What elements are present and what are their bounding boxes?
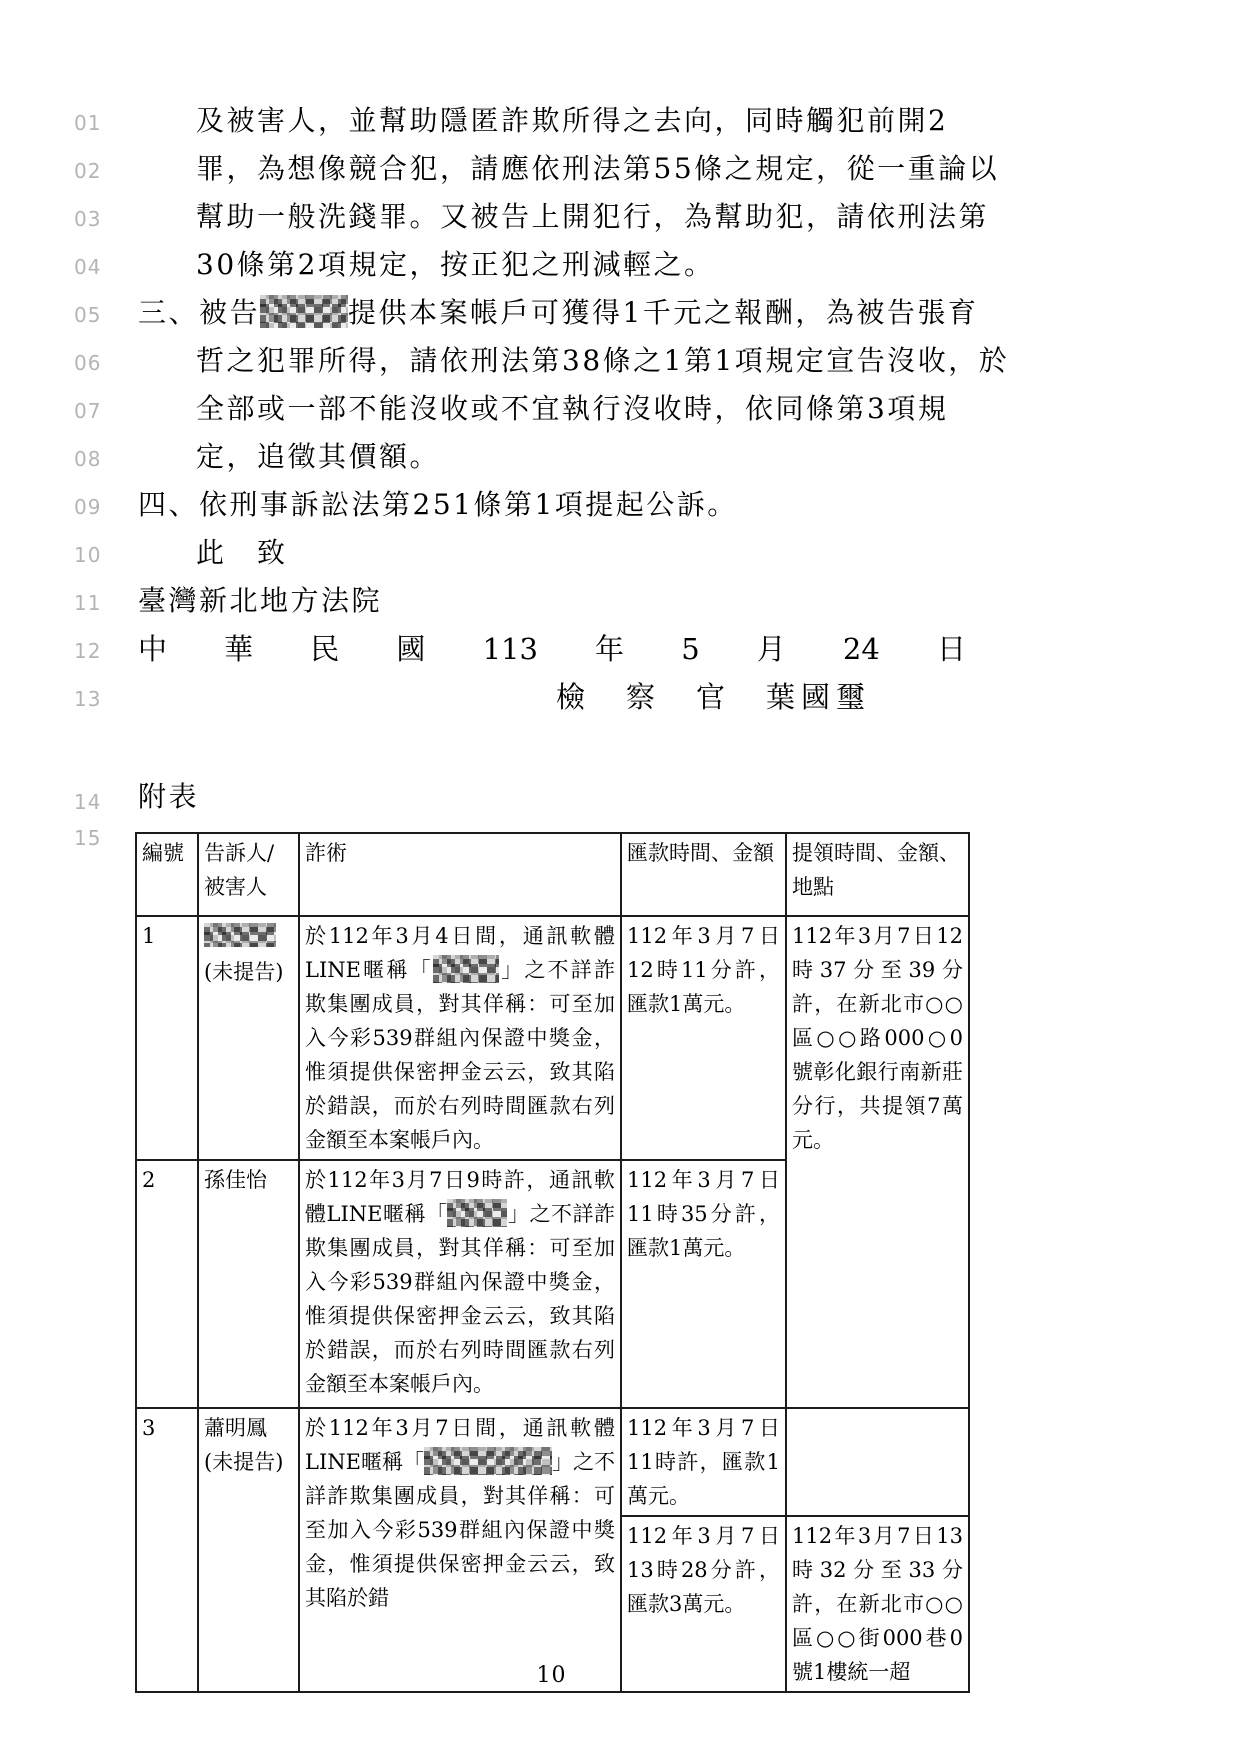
page-number: 10	[135, 1663, 968, 1688]
redacted-victim-name-block	[204, 923, 276, 947]
line-number: 03	[74, 207, 120, 231]
date-token: 華	[224, 630, 253, 668]
body-line-03: 幫助一般洗錢罪。又被告上開犯行，為幫助犯，請依刑法第	[196, 198, 989, 236]
cell-r2-complainant: 孫佳怡	[198, 1160, 299, 1408]
body-line-05-post: 提供本案帳戶可獲得1千元之報酬，為被告張育	[348, 296, 978, 329]
cell-r3-scheme: 於112年3月7日間，通訊軟體LINE暱稱「」之不詳詐欺集團成員，對其佯稱：可至…	[299, 1408, 621, 1692]
table-header-row: 編號 告訴人/ 被害人 詐術 匯款時間、金額 提領時間、金額、地點	[136, 833, 969, 916]
body-line-05: 三、被告提供本案帳戶可獲得1千元之報酬，為被告張育	[138, 294, 978, 332]
date-token: 民	[310, 630, 339, 668]
appendix-title: 附表	[138, 778, 199, 816]
body-line-07: 全部或一部不能沒收或不宜執行沒收時，依同條第3項規	[196, 390, 948, 428]
cell-r2-remittance: 112年3月7日11時35分許，匯款1萬元。	[621, 1160, 786, 1408]
prosecutor-signature-line: 檢 察 官 葉國璽	[556, 678, 871, 716]
cell-r3-no: 3	[136, 1408, 198, 1692]
cell-r1-complainant: (未提告)	[198, 916, 299, 1160]
line-number: 02	[74, 159, 120, 183]
date-token-month: 5	[681, 630, 699, 668]
col-header-complainant: 告訴人/ 被害人	[198, 833, 299, 916]
body-line-02: 罪，為想像競合犯，請應依刑法第55條之規定，從一重論以	[196, 150, 999, 188]
col-header-no: 編號	[136, 833, 198, 916]
cell-r1r2-withdrawal: 112年3月7日12時37分至39分許，在新北市○○區○○路000○0號彰化銀行…	[786, 916, 969, 1408]
line-number: 09	[74, 495, 120, 519]
complainant-note: (未提告)	[204, 1445, 293, 1479]
body-line-08: 定，追徵其價額。	[196, 438, 440, 476]
body-line-06: 哲之犯罪所得，請依刑法第38條之1第1項規定宣告沒收，於	[196, 342, 1009, 380]
date-token: 中	[138, 630, 167, 668]
date-token: 年	[595, 630, 624, 668]
line-number: 07	[74, 399, 120, 423]
line-number: 06	[74, 351, 120, 375]
scheme-text-post: 」之不詳詐欺集團成員，對其佯稱：可至加入今彩539群組內保證中獎金，惟須提供保密…	[305, 1202, 615, 1396]
cell-r1-remittance: 112年3月7日12時11分許，匯款1萬元。	[621, 916, 786, 1160]
redacted-defendant-name-block	[260, 295, 348, 328]
line-number: 15	[74, 826, 120, 850]
date-token: 日	[937, 630, 966, 668]
redacted-line-nickname-block	[424, 1447, 552, 1475]
line-number: 04	[74, 255, 120, 279]
line-number: 12	[74, 639, 120, 663]
body-line-09: 四、依刑事訴訟法第251條第1項提起公訴。	[138, 486, 738, 524]
line-number: 13	[74, 687, 120, 711]
line-number: 05	[74, 303, 120, 327]
cell-r3-complainant: 蕭明鳳 (未提告)	[198, 1408, 299, 1692]
cell-r2-scheme: 於112年3月7日9時許，通訊軟體LINE暱稱「」之不詳詐欺集團成員，對其佯稱：…	[299, 1160, 621, 1408]
date-token: 月	[757, 630, 786, 668]
line-number: 01	[74, 111, 120, 135]
cell-r3a-remittance: 112年3月7日11時許，匯款1萬元。	[621, 1408, 786, 1516]
document-page: 01 02 03 04 05 06 07 08 09 10 11 12 13 1…	[0, 0, 1240, 1755]
scheme-text-post: 」之不詳詐欺集團成員，對其佯稱：可至加入今彩539群組內保證中獎金，惟須提供保密…	[305, 958, 615, 1152]
line-number: 14	[74, 790, 120, 814]
line-number: 10	[74, 543, 120, 567]
cell-r2-no: 2	[136, 1160, 198, 1408]
body-line-11-court-name: 臺灣新北地方法院	[138, 582, 382, 620]
table-row: 3 蕭明鳳 (未提告) 於112年3月7日間，通訊軟體LINE暱稱「」之不詳詐欺…	[136, 1408, 969, 1516]
appendix-table: 編號 告訴人/ 被害人 詐術 匯款時間、金額 提領時間、金額、地點 1 (未提告…	[135, 832, 970, 1693]
date-token-day: 24	[843, 630, 880, 668]
line-number: 08	[74, 447, 120, 471]
complainant-name: 蕭明鳳	[204, 1411, 293, 1445]
cell-r1-no: 1	[136, 916, 198, 1160]
body-line-04: 30條第2項規定，按正犯之刑減輕之。	[196, 246, 714, 284]
redacted-line-nickname-block	[447, 1199, 507, 1227]
line-number: 11	[74, 591, 120, 615]
date-token-year: 113	[483, 630, 538, 668]
col-header-withdrawal: 提領時間、金額、地點	[786, 833, 969, 916]
cell-r3a-withdrawal-empty	[786, 1408, 969, 1516]
cell-r1-scheme: 於112年3月4日間，通訊軟體LINE暱稱「」之不詳詐欺集團成員，對其佯稱：可至…	[299, 916, 621, 1160]
date-token: 國	[396, 630, 425, 668]
body-line-05-pre: 三、被告	[138, 296, 260, 329]
col-header-scheme: 詐術	[299, 833, 621, 916]
date-line: 中 華 民 國 113 年 5 月 24 日	[138, 630, 966, 668]
complainant-note: (未提告)	[204, 955, 293, 989]
table-row: 1 (未提告) 於112年3月4日間，通訊軟體LINE暱稱「」之不詳詐欺集團成員…	[136, 916, 969, 1160]
redacted-line-nickname-block	[433, 955, 499, 983]
col-header-remittance: 匯款時間、金額	[621, 833, 786, 916]
body-line-01: 及被害人，並幫助隱匿詐欺所得之去向，同時觸犯前開2	[196, 102, 948, 140]
body-line-10: 此 致	[196, 534, 288, 572]
